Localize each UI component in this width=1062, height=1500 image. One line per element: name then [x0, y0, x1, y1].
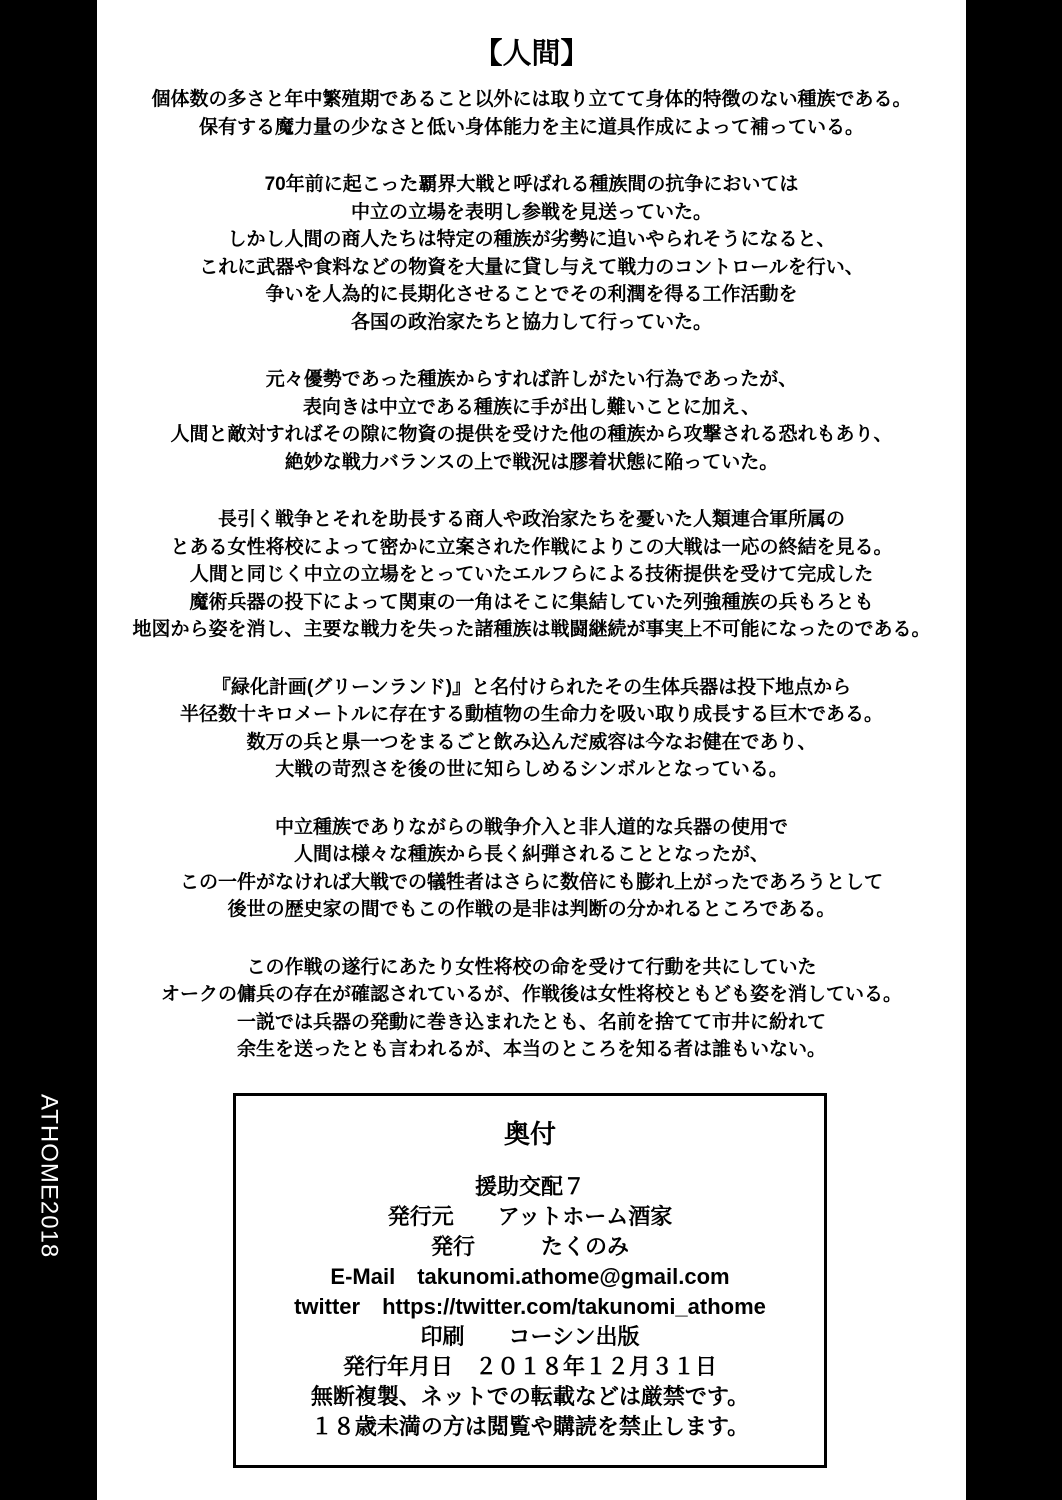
colophon-no-reproduction-notice: 無断複製、ネットでの転載などは厳禁です。 — [236, 1382, 824, 1412]
paragraph-operation: 長引く戦争とそれを助長する商人や政治家たちを憂いた人類連合軍所属の とある女性将… — [97, 506, 966, 644]
text-line: この一件がなければ大戦での犠牲者はさらに数倍にも膨れ上がったであろうとして — [97, 869, 966, 897]
text-line: 後世の歴史家の間でもこの作戦の是非は判断の分かれるところである。 — [97, 896, 966, 924]
text-line: 絶妙な戦力バランスの上で戦況は膠着状態に陥っていた。 — [97, 449, 966, 477]
paragraph-greenland-weapon: 『緑化計画(グリーンランド)』と名付けられたその生体兵器は投下地点から 半径数十… — [97, 674, 966, 784]
text-line: この作戦の遂行にあたり女性将校の命を受けて行動を共にしていた — [97, 954, 966, 982]
colophon-author: 発行 たくのみ — [236, 1232, 824, 1262]
text-line: 各国の政治家たちと協力して行っていた。 — [97, 309, 966, 337]
colophon-printer: 印刷 コーシン出版 — [236, 1322, 824, 1352]
text-line: これに武器や食料などの物資を大量に貸し与えて戦力のコントロールを行い、 — [97, 254, 966, 282]
text-line: 中立の立場を表明し参戦を見送っていた。 — [97, 199, 966, 227]
page-title: 【人間】 — [97, 36, 966, 72]
colophon-publish-date: 発行年月日 ２０１８年１２月３１日 — [236, 1352, 824, 1382]
text-line: しかし人間の商人たちは特定の種族が劣勢に追いやられそうになると、 — [97, 226, 966, 254]
paragraph-stalemate: 元々優勢であった種族からすれば許しがたい行為であったが、 表向きは中立である種族… — [97, 366, 966, 476]
text-line: 長引く戦争とそれを助長する商人や政治家たちを憂いた人類連合軍所属の — [97, 506, 966, 534]
text-line: 半径数十キロメートルに存在する動植物の生命力を吸い取り成長する巨木である。 — [97, 701, 966, 729]
text-line: 争いを人為的に長期化させることでその利潤を得る工作活動を — [97, 281, 966, 309]
colophon-email: E-Mail takunomi.athome@gmail.com — [236, 1262, 824, 1292]
paragraph-aftermath: 中立種族でありながらの戦争介入と非人道的な兵器の使用で 人間は様々な種族から長く… — [97, 814, 966, 924]
text-line: 地図から姿を消し、主要な戦力を失った諸種族は戦闘継続が事実上不可能になったのであ… — [97, 616, 966, 644]
text-line: 数万の兵と県一つをまるごと飲み込んだ威容は今なお健在であり、 — [97, 729, 966, 757]
text-line: 魔術兵器の投下によって関東の一角はそこに集結していた列強種族の兵もろとも — [97, 589, 966, 617]
colophon-box: 奥付 援助交配７ 発行元 アットホーム酒家 発行 たくのみ E-Mail tak… — [233, 1093, 827, 1468]
text-line: 一説では兵器の発動に巻き込まれたとも、名前を捨てて市井に紛れて — [97, 1009, 966, 1037]
text-line: 『緑化計画(グリーンランド)』と名付けられたその生体兵器は投下地点から — [97, 674, 966, 702]
text-line: オークの傭兵の存在が確認されているが、作戦後は女性将校ともども姿を消している。 — [97, 981, 966, 1009]
colophon-title: 奥付 — [236, 1118, 824, 1150]
paragraph-species-intro: 個体数の多さと年中繁殖期であること以外には取り立てて身体的特徴のない種族である。… — [97, 86, 966, 141]
page-content-area: 【人間】 個体数の多さと年中繁殖期であること以外には取り立てて身体的特徴のない種… — [97, 0, 966, 1500]
text-line: 個体数の多さと年中繁殖期であること以外には取り立てて身体的特徴のない種族である。 — [97, 86, 966, 114]
circle-name-vertical-label: ATHOME2018 — [35, 1094, 63, 1258]
text-line: 元々優勢であった種族からすれば許しがたい行為であったが、 — [97, 366, 966, 394]
text-line: 人間と敵対すればその隙に物資の提供を受けた他の種族から攻撃される恐れもあり、 — [97, 421, 966, 449]
text-line: 表向きは中立である種族に手が出し難いことに加え、 — [97, 394, 966, 422]
text-line: 保有する魔力量の少なさと低い身体能力を主に道具作成によって補っている。 — [97, 114, 966, 142]
text-line: 大戦の苛烈さを後の世に知らしめるシンボルとなっている。 — [97, 756, 966, 784]
left-margin-bar: ATHOME2018 — [0, 0, 97, 1500]
colophon-booktitle: 援助交配７ — [236, 1172, 824, 1202]
text-line: 人間と同じく中立の立場をとっていたエルフらによる技術提供を受けて完成した — [97, 561, 966, 589]
text-line: 余生を送ったとも言われるが、本当のところを知る者は誰もいない。 — [97, 1036, 966, 1064]
colophon-age-restriction-notice: １８歳未満の方は閲覧や購読を禁止します。 — [236, 1412, 824, 1442]
text-line: 中立種族でありながらの戦争介入と非人道的な兵器の使用で — [97, 814, 966, 842]
text-line: 70年前に起こった覇界大戦と呼ばれる種族間の抗争においては — [97, 171, 966, 199]
text-line: 人間は様々な種族から長く糾弾されることとなったが、 — [97, 841, 966, 869]
colophon-twitter: twitter https://twitter.com/takunomi_ath… — [236, 1292, 824, 1322]
text-line: とある女性将校によって密かに立案された作戦によりこの大戦は一応の終結を見る。 — [97, 534, 966, 562]
paragraph-orc-mercenary: この作戦の遂行にあたり女性将校の命を受けて行動を共にしていた オークの傭兵の存在… — [97, 954, 966, 1064]
colophon-publisher: 発行元 アットホーム酒家 — [236, 1202, 824, 1232]
scanned-page: ATHOME2018 【人間】 個体数の多さと年中繁殖期であること以外には取り立… — [0, 0, 1062, 1500]
right-margin-bar — [966, 0, 1062, 1500]
paragraph-war-history: 70年前に起こった覇界大戦と呼ばれる種族間の抗争においては 中立の立場を表明し参… — [97, 171, 966, 336]
side-label-wrap: ATHOME2018 — [0, 1094, 97, 1258]
